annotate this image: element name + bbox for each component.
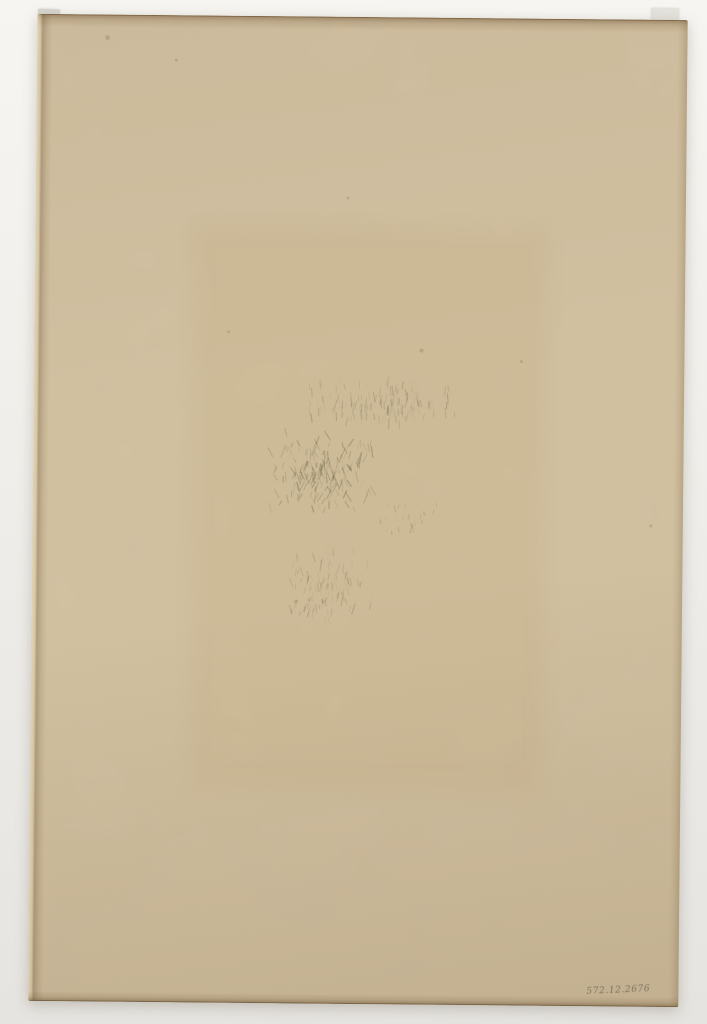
paper-sheet: 572.12.2676 bbox=[28, 14, 687, 1007]
photo-backdrop: 572.12.2676 bbox=[0, 0, 707, 1024]
paper-shadow-wrap: 572.12.2676 bbox=[0, 0, 707, 1024]
paper-vignette bbox=[28, 14, 687, 1007]
